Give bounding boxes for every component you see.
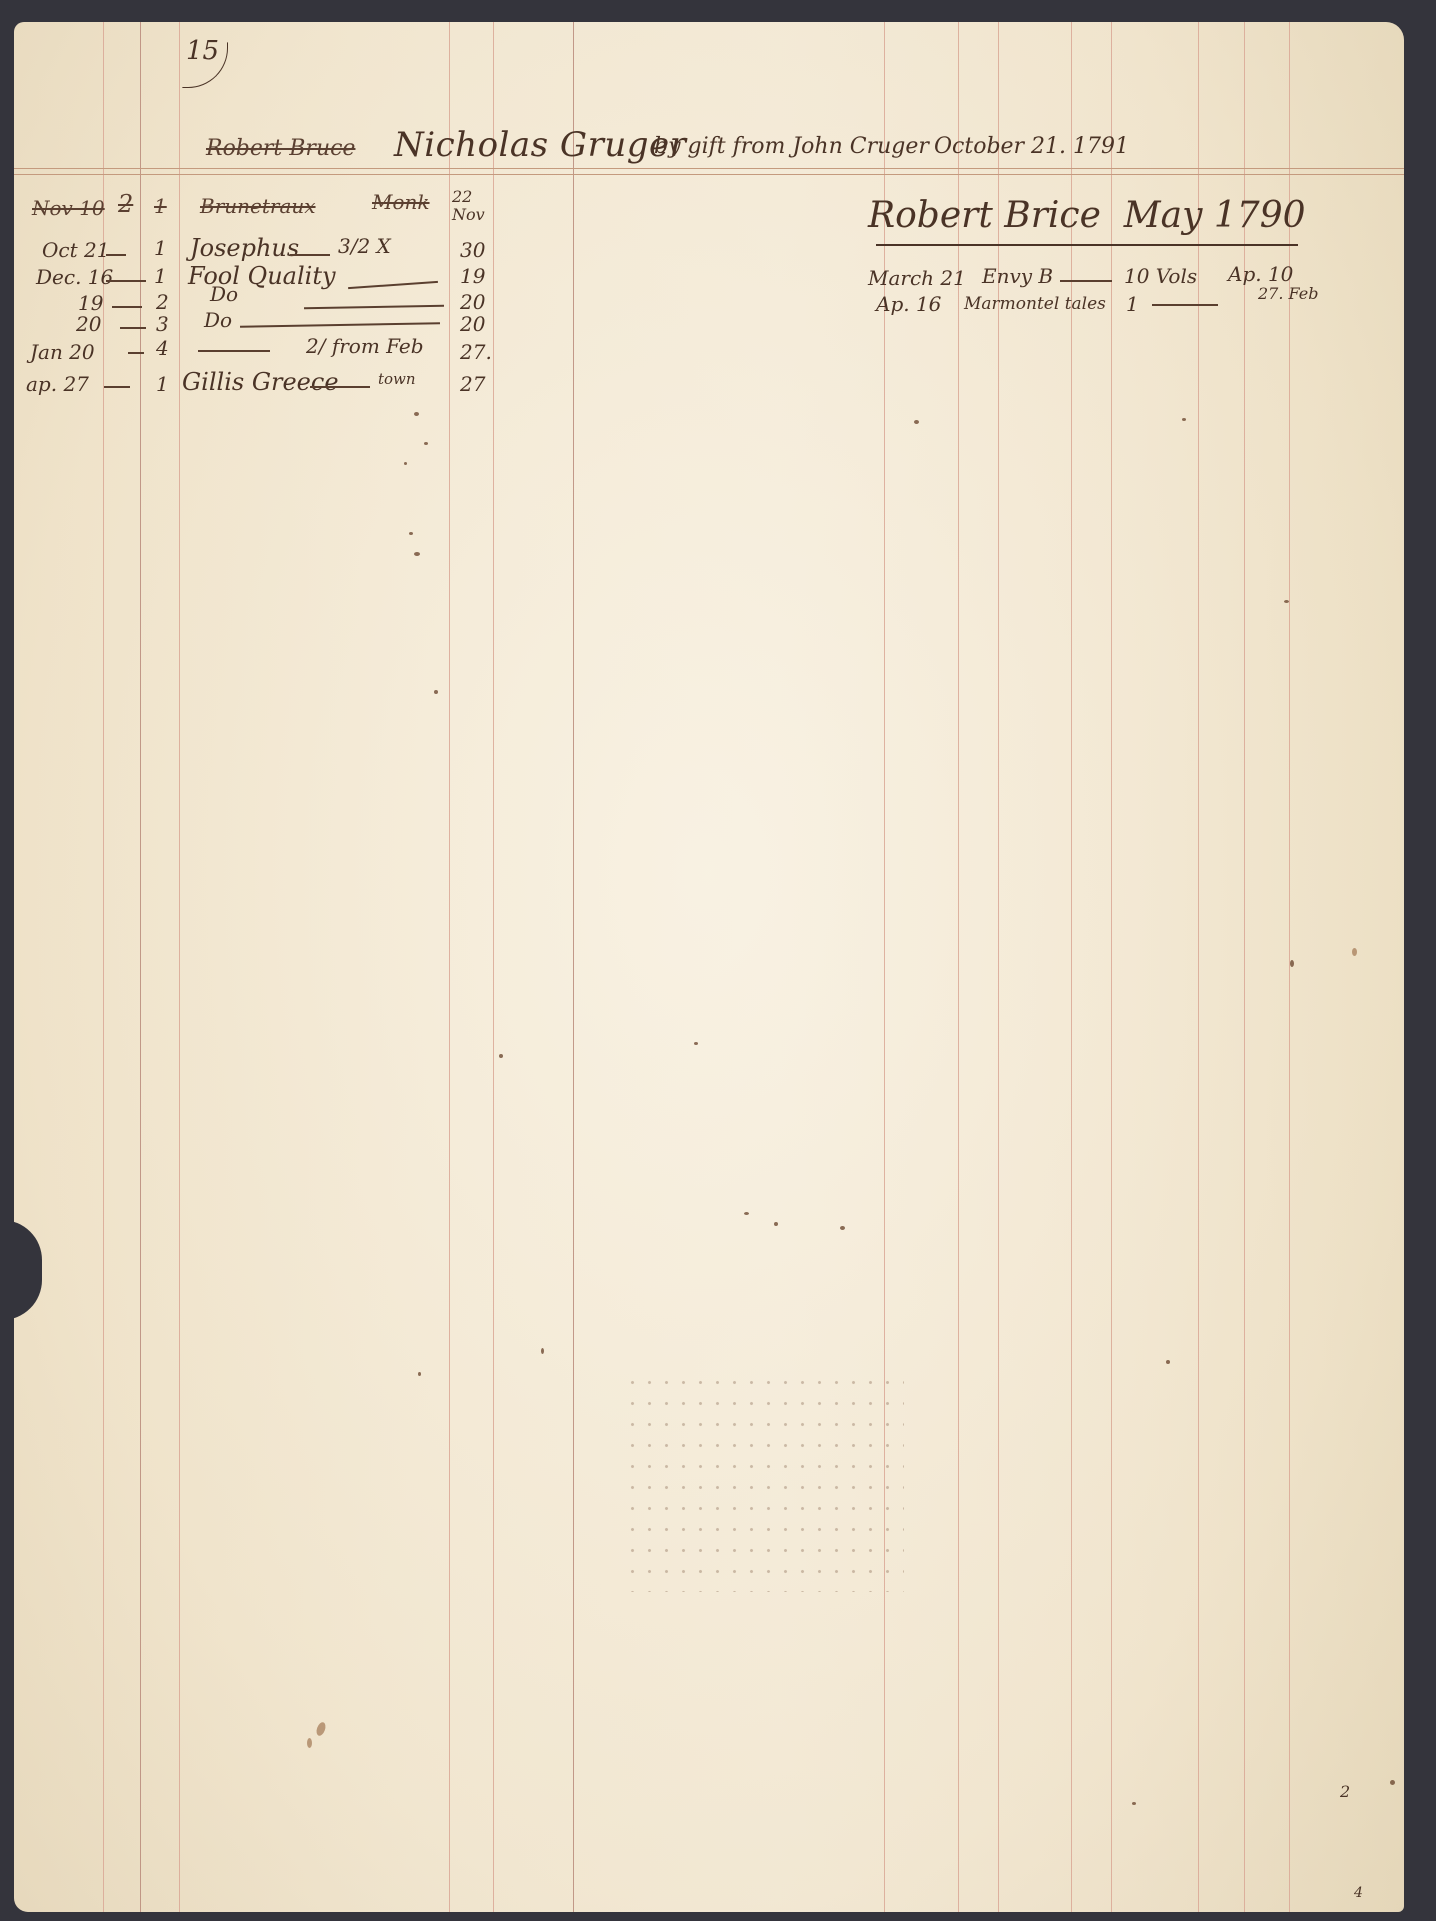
entry-date: Nov 10 <box>32 198 105 218</box>
entry-return: 27. Feb <box>1258 286 1318 302</box>
entry-return: 27. <box>460 342 492 362</box>
entry-title: Marmontel tales <box>964 296 1106 313</box>
section-heading: Robert Brice May 1790 <box>868 198 1306 234</box>
entry-note: town <box>378 372 416 387</box>
entry-dash <box>290 254 330 256</box>
ink-speck <box>840 1226 845 1230</box>
entry-title: Do <box>210 284 238 304</box>
page-number-bracket <box>182 42 228 88</box>
owner-name: Nicholas Gruger <box>394 128 686 162</box>
entry-dash <box>310 386 370 388</box>
column-rule <box>1111 22 1112 1912</box>
entry-return: 22 Nov <box>452 188 488 223</box>
entry-date: Jan 20 <box>30 342 95 362</box>
entry-note: Monk <box>372 192 430 212</box>
header-rule <box>14 168 1404 169</box>
column-rule <box>1289 22 1290 1912</box>
entry-date: Dec. 16 <box>36 267 113 287</box>
ink-speck <box>418 1372 421 1376</box>
entry-note: 1 <box>1126 294 1139 314</box>
entry-date: March 21 <box>868 268 966 288</box>
entry-note: 3/2 X <box>338 236 391 256</box>
ink-speck <box>1182 418 1186 421</box>
entry-dash <box>128 352 144 354</box>
ink-speck <box>694 1042 698 1045</box>
entry-date: 19 <box>78 293 103 313</box>
entry-dash <box>304 305 444 309</box>
ink-speck <box>424 442 428 445</box>
ink-speck <box>1132 1802 1136 1805</box>
entry-return: 20 <box>460 292 485 312</box>
entry-note: 10 Vols <box>1124 266 1197 286</box>
margin-mark: 2 <box>1340 1784 1350 1800</box>
entry-volume: 4 <box>156 338 169 358</box>
column-rule <box>493 22 494 1912</box>
page-tear <box>14 1220 42 1320</box>
entry-dash <box>120 327 146 329</box>
ink-speck <box>1166 1360 1170 1364</box>
entry-return: 20 <box>460 314 485 334</box>
ink-speck <box>409 532 413 535</box>
entry-dash <box>240 322 440 327</box>
column-rule <box>1244 22 1245 1912</box>
entry-title: Brunetraux <box>200 196 316 216</box>
header-rule <box>14 174 1404 175</box>
column-rule <box>1198 22 1199 1912</box>
column-rule <box>449 22 450 1912</box>
column-rule <box>179 22 180 1912</box>
entry-volume: 1 <box>154 196 167 216</box>
ink-speck <box>914 420 919 424</box>
column-rule <box>573 22 574 1912</box>
ink-speck <box>1284 600 1289 603</box>
entry-note: 2/ from Feb <box>306 336 424 356</box>
ink-speck <box>414 552 420 556</box>
entry-dash <box>106 254 126 256</box>
entry-volume: 1 <box>154 238 167 258</box>
ink-offset-cluster <box>624 1372 904 1592</box>
entry-dash <box>112 306 142 308</box>
entry-volume: 1 <box>156 374 169 394</box>
entry-return: 27 <box>460 374 485 394</box>
provenance-note: by gift from John Cruger <box>654 136 929 158</box>
entry-return: 19 <box>460 266 485 286</box>
entry-return: 30 <box>460 240 485 260</box>
struck-owner-name: Robert Bruce <box>206 138 355 160</box>
stain <box>307 1738 312 1748</box>
entry-dash <box>1152 304 1218 306</box>
entry-title: Do <box>204 310 232 330</box>
ink-speck <box>1390 1780 1395 1785</box>
ink-speck <box>774 1222 778 1226</box>
column-rule <box>958 22 959 1912</box>
ink-speck <box>541 1348 544 1354</box>
provenance-date: October 21. 1791 <box>934 136 1129 158</box>
ink-speck <box>744 1212 749 1215</box>
entry-volume: 1 <box>154 266 167 286</box>
entry-return: Ap. 10 <box>1228 264 1293 284</box>
heading-underline <box>876 244 1298 246</box>
entry-dash <box>198 350 270 352</box>
entry-title: Josephus <box>190 236 299 260</box>
stain <box>315 1721 327 1737</box>
entry-date: 20 <box>76 314 101 334</box>
entry-qty: 2 <box>118 192 133 216</box>
entry-dash <box>106 280 146 282</box>
ink-speck <box>1290 960 1294 967</box>
stain <box>1352 948 1357 956</box>
entry-dash <box>1060 280 1112 282</box>
entry-date: ap. 27 <box>26 374 89 394</box>
margin-mark: 4 <box>1354 1886 1363 1900</box>
entry-dash <box>348 281 438 289</box>
entry-volume: 3 <box>156 314 169 334</box>
ink-speck <box>414 412 419 416</box>
entry-title: Gillis Greece <box>182 370 339 394</box>
ink-speck <box>404 462 407 465</box>
entry-dash <box>104 386 130 388</box>
entry-date: Oct 21 <box>42 240 109 260</box>
entry-volume: 2 <box>156 292 169 312</box>
ledger-page: 15 Robert Bruce Nicholas Gruger by gift … <box>14 22 1404 1912</box>
entry-title: Envy B <box>982 266 1053 286</box>
ink-speck <box>434 690 438 694</box>
ink-speck <box>499 1054 503 1058</box>
entry-date: Ap. 16 <box>876 294 941 314</box>
